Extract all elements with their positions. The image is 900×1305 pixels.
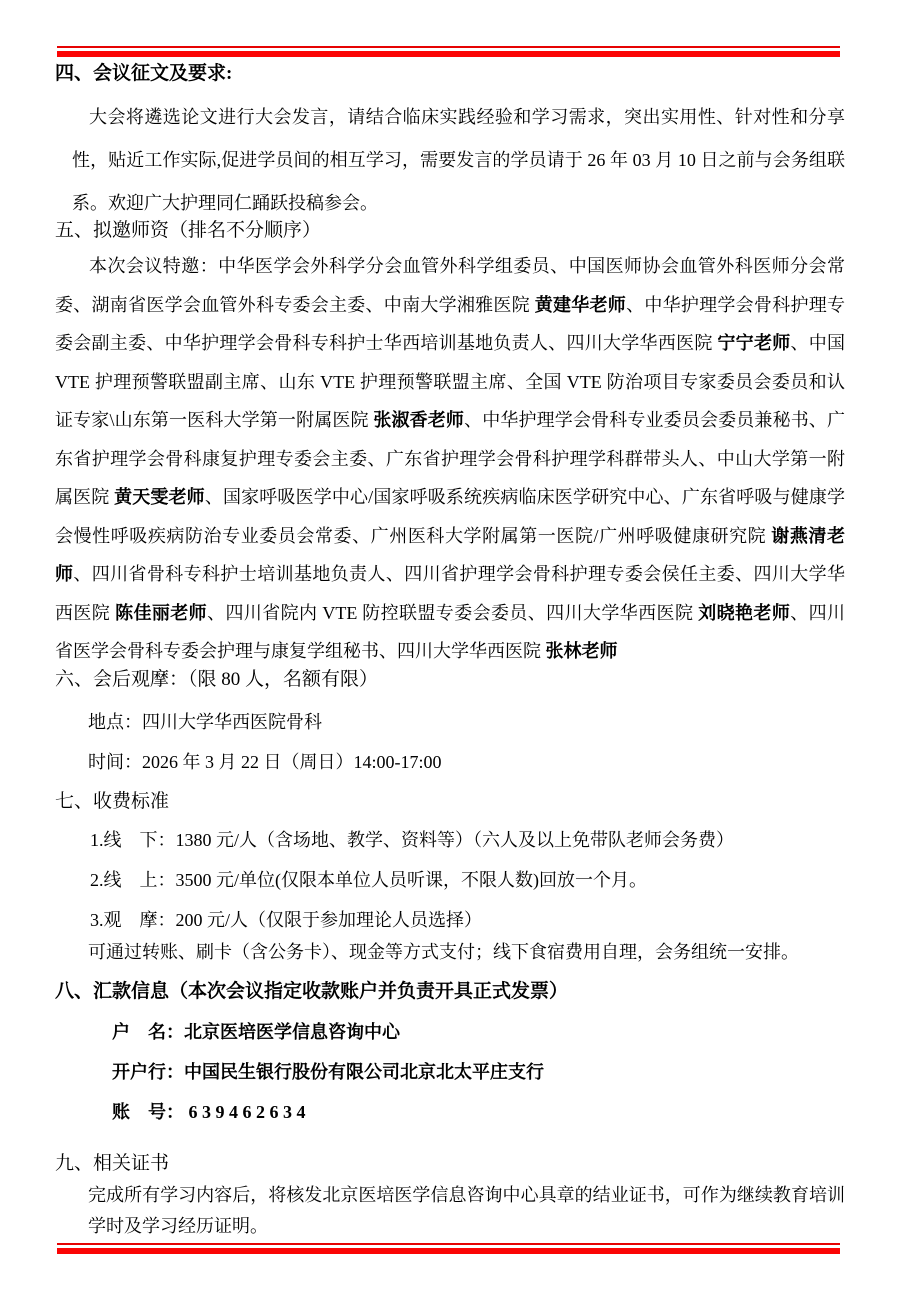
rule-thick-line xyxy=(57,1248,840,1254)
section-6-heading: 六、会后观摩：（限 80 人，名额有限） xyxy=(55,668,378,692)
document-page: 四、会议征文及要求: 大会将遴选论文进行大会发言，请结合临床实践经验和学习需求，… xyxy=(0,0,900,1305)
section-5-faculty-paragraph: 本次会议特邀：中华医学会外科学分会血管外科学组委员、中国医师协会血管外科医师分会… xyxy=(55,247,845,671)
section-8-bank-info: 户 名：北京医培医学信息咨询中心 开户行：中国民生银行股份有限公司北京北太平庄支… xyxy=(112,1012,544,1132)
bank-branch: 开户行：中国民生银行股份有限公司北京北太平庄支行 xyxy=(112,1052,544,1092)
fee-offline: 1.线 下：1380 元/人（含场地、教学、资料等）（六人及以上免带队老师会务费… xyxy=(90,820,734,860)
section-7-fee-list: 1.线 下：1380 元/人（含场地、教学、资料等）（六人及以上免带队老师会务费… xyxy=(90,820,734,940)
top-red-double-rule xyxy=(57,46,840,57)
section-7-heading: 七、收费标准 xyxy=(55,790,169,814)
fee-observation: 3.观 摩：200 元/人（仅限于参加理论人员选择） xyxy=(90,900,734,940)
section-6-details: 地点：四川大学华西医院骨科 时间：2026 年 3 月 22 日（周日）14:0… xyxy=(88,702,442,782)
section-4-heading: 四、会议征文及要求: xyxy=(55,62,232,86)
account-number: 账 号： 6 3 9 4 6 2 6 3 4 xyxy=(112,1092,544,1132)
rule-thick-line xyxy=(57,51,840,57)
account-name: 户 名：北京医培医学信息咨询中心 xyxy=(112,1012,544,1052)
section-8-heading: 八、汇款信息（本次会议指定收款账户并负责开具正式发票） xyxy=(55,980,568,1004)
bottom-red-double-rule xyxy=(57,1243,840,1254)
payment-note: 可通过转账、刷卡（含公务卡）、现金等方式支付；线下食宿费用自理，会务组统一安排。 xyxy=(88,939,799,965)
fee-online: 2.线 上：3500 元/单位(仅限本单位人员听课，不限人数)回放一个月。 xyxy=(90,860,734,900)
section-9-heading: 九、相关证书 xyxy=(55,1152,169,1176)
observation-location: 地点：四川大学华西医院骨科 xyxy=(88,702,442,742)
observation-time: 时间：2026 年 3 月 22 日（周日）14:00-17:00 xyxy=(88,742,442,782)
section-4-paragraph: 大会将遴选论文进行大会发言，请结合临床实践经验和学习需求，突出实用性、针对性和分… xyxy=(72,96,845,225)
section-9-paragraph: 完成所有学习内容后，将核发北京医培医学信息咨询中心具章的结业证书，可作为继续教育… xyxy=(88,1180,845,1242)
section-5-heading: 五、拟邀师资（排名不分顺序） xyxy=(55,219,321,243)
